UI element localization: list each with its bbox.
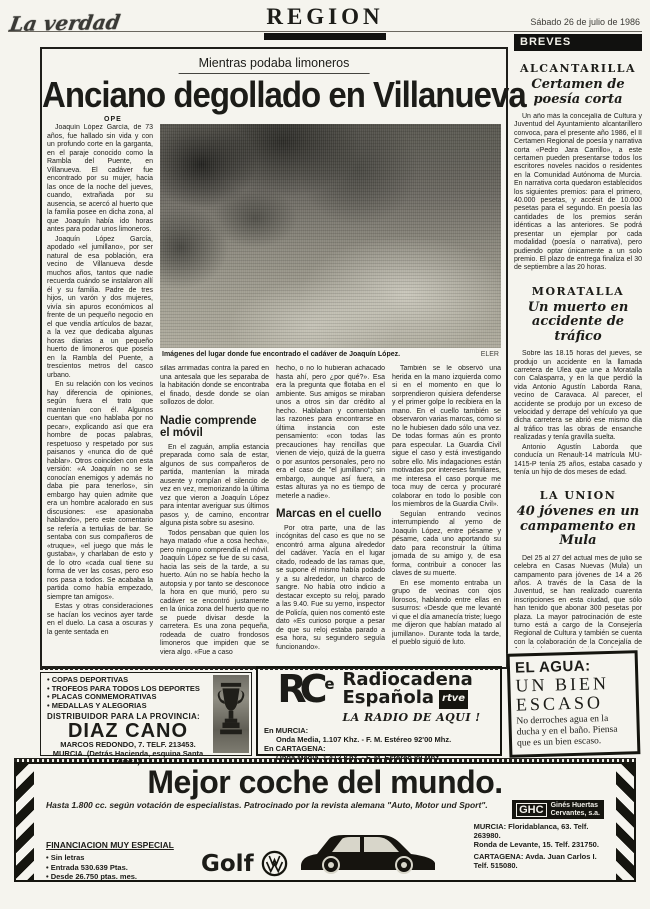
golf-ad-subline: Hasta 1.800 cc. según votación de especi… (46, 800, 500, 810)
ad-bullet: MEDALLAS Y ALEGORIAS (47, 702, 209, 711)
radio-slogan: LA RADIO DE AQUI ! (343, 711, 481, 724)
article-right-area: Imágenes del lugar donde fue encontrado … (160, 124, 501, 664)
advertiser-name: DIAZ CANO (47, 721, 209, 741)
article-headline: Anciano degollado en Villanueva (42, 74, 506, 116)
rce-logo-e: e (324, 666, 334, 702)
brief-body: Sobre las 18.15 horas del jueves, se pro… (514, 350, 642, 478)
photo-caption-row: Imágenes del lugar donde fue encontrado … (162, 351, 499, 358)
golf-car-silhouette (298, 826, 440, 874)
dealer-addresses: MURCIA: Floridablanca, 63. Telf. 263980.… (474, 822, 604, 873)
water-psa-ad: EL AGUA: UN BIEN ESCASO No derroches agu… (507, 650, 641, 758)
financing-block: FINANCIACION MUY ESPECIAL Sin letras Ent… (46, 840, 191, 881)
dealer-badge: GHC Ginés Huertas Cervantes, s.a. (512, 800, 604, 819)
agua-subtitle-2: ESCASO (516, 692, 631, 714)
brief-place: MORATALLA (514, 285, 642, 298)
article-column-4: También se le observó una herida en la m… (392, 365, 501, 664)
paragraph: Estas y otras consideraciones se hacían … (47, 603, 153, 637)
brief-moratalla: MORATALLA Un muerto en accidente de tráf… (514, 285, 642, 479)
cartagena-frequency: Onda Media, 1.413 Khz. - F. M. Estéreo 8… (264, 753, 494, 762)
paragraph: También se le observó una herida en la m… (392, 365, 501, 510)
brief-headline: Un muerto en accidente de tráfico (516, 301, 640, 345)
radio-ad-titles: Radiocadena Españolartve LA RADIO DE AQU… (343, 671, 481, 724)
diaz-cano-ad: COPAS DEPORTIVAS TROFEOS PARA TODOS LOS … (40, 672, 252, 756)
brief-place: ALCANTARILLA (514, 62, 642, 75)
address-cartagena-2: Telf. 515080. (474, 861, 604, 870)
dealer-name-line2: Cervantes, s.a. (551, 810, 600, 817)
breves-sidebar: BREVES ALCANTARILLA Certamen de poesía c… (514, 34, 642, 648)
trophy-photo (213, 675, 249, 753)
article-column-3: hecho, o no lo hubieran achacado hasta a… (276, 365, 385, 664)
photo-credit: ELER (481, 351, 499, 358)
article-byline: OPE (104, 116, 122, 123)
article-body: Joaquín López García, de 73 años, fue ha… (47, 124, 501, 664)
paragraph: Por otra parte, una de las incógnitas de… (276, 525, 385, 653)
radio-name-2: Españolartve (343, 689, 481, 709)
header-rule (8, 31, 642, 32)
model-block: Golf (201, 850, 288, 877)
paragraph: Todos pensaban que quien los haya matado… (160, 530, 269, 658)
paragraph: En su relación con los vecinos hay difer… (47, 381, 153, 602)
brief-la-union: LA UNION 40 jóvenes en un campamento en … (514, 489, 642, 648)
golf-ad-subrow: Hasta 1.800 cc. según votación de especi… (46, 800, 604, 819)
trophy-icon (217, 681, 245, 747)
subhead-no-motive: Nadie comprende el móvil (160, 415, 269, 440)
paragraph: sillas arrimadas contra la pared en una … (160, 365, 269, 408)
radiocadena-ad: RCe Radiocadena Españolartve LA RADIO DE… (256, 666, 502, 756)
rce-logo: RCe (277, 671, 332, 707)
radio-name-2-text: Española (343, 687, 435, 708)
newspaper-page: { "header": { "logo": "La verdad", "sect… (0, 0, 650, 909)
brief-body: Un año más la concejalía de Cultura y Ju… (514, 113, 642, 274)
photo-caption: Imágenes del lugar donde fue encontrado … (162, 351, 400, 358)
article-kicker: Mientras podaba limoneros (179, 56, 370, 74)
model-name: Golf (201, 851, 254, 877)
brief-body: Del 25 al 27 del actual mes de julio se … (514, 555, 642, 648)
paragraph: hecho, o no lo hubieran achacado hasta a… (276, 365, 385, 501)
golf-ad-headline: Mejor coche del mundo. (46, 765, 604, 799)
dealer-name: Ginés Huertas Cervantes, s.a. (551, 802, 600, 817)
dealer-abbr: GHC (516, 803, 546, 817)
paragraph: Seguían entrando vecinos interrumpiendo … (392, 511, 501, 579)
murcia-label: En MURCIA: (264, 726, 494, 735)
paragraph: Del 25 al 27 del actual mes de julio se … (514, 555, 642, 648)
paragraph: Antonio Agustín Laborda que conducía un … (514, 444, 642, 478)
article-column-2: sillas arrimadas contra la pared en una … (160, 365, 269, 664)
paragraph: Un año más la concejalía de Cultura y Ju… (514, 113, 642, 273)
section-title-underline (264, 33, 386, 40)
murcia-frequency: Onda Media, 1.107 Khz. - F. M. Estéreo 9… (264, 735, 494, 744)
financing-bullet: Entrada 530.639 Ptas. (46, 863, 191, 872)
radio-ad-top: RCe Radiocadena Españolartve LA RADIO DE… (264, 671, 494, 724)
financing-bullet: Sin letras (46, 853, 191, 862)
address-murcia: MURCIA: Floridablanca, 63. Telf. 263980. (474, 822, 604, 840)
dealer-name-line1: Ginés Huertas (551, 802, 598, 809)
rce-logo-rc: RC (277, 667, 320, 711)
rtve-badge: rtve (439, 690, 468, 709)
agua-body: No derroches agua en la ducha y en el ba… (516, 713, 632, 749)
radio-frequencies: En MURCIA: Onda Media, 1.107 Khz. - F. M… (264, 726, 494, 762)
page-date: Sábado 26 de julio de 1986 (530, 17, 640, 27)
paragraph: En el zaguán, amplia estancia preparada … (160, 444, 269, 529)
crime-scene-photo (160, 124, 501, 348)
article-column-1: Joaquín López García, de 73 años, fue ha… (47, 124, 153, 664)
car-photo (298, 826, 440, 879)
financing-bullet: Desde 26.750 ptas. mes. (46, 872, 191, 881)
filmstrip-edge-right (616, 764, 634, 880)
article-columns-2-4: sillas arrimadas contra la pared en una … (160, 365, 501, 664)
paragraph: En ese momento entraba un grupo de vecin… (392, 580, 501, 648)
paragraph: Joaquín López García, apodado «el jumill… (47, 236, 153, 381)
cartagena-label: En CARTAGENA: (264, 744, 494, 753)
filmstrip-edge-left (16, 764, 34, 880)
golf-ad-bottom: FINANCIACION MUY ESPECIAL Sin letras Ent… (46, 822, 604, 881)
financing-title: FINANCIACION MUY ESPECIAL (46, 840, 191, 850)
address-murcia-2: Ronda de Levante, 15. Telf. 231750. (474, 840, 604, 849)
subhead-neck-marks: Marcas en el cuello (276, 508, 385, 521)
paragraph: Sobre las 18.15 horas del jueves, se pro… (514, 350, 642, 442)
brief-headline: Certamen de poesía corta (516, 78, 640, 107)
brief-place: LA UNION (514, 489, 642, 502)
main-article: Mientras podaba limoneros Anciano degoll… (40, 47, 508, 669)
vw-golf-ad: Mejor coche del mundo. Hasta 1.800 cc. s… (14, 762, 636, 882)
vw-logo-icon (261, 850, 288, 877)
address-cartagena: CARTAGENA: Avda. Juan Carlos I. (474, 852, 604, 861)
brief-headline: 40 jóvenes en un campamento en Mula (516, 505, 640, 549)
paragraph: Joaquín López García, de 73 años, fue ha… (47, 124, 153, 235)
breves-header: BREVES (514, 34, 642, 51)
brief-alcantarilla: ALCANTARILLA Certamen de poesía corta Un… (514, 62, 642, 274)
